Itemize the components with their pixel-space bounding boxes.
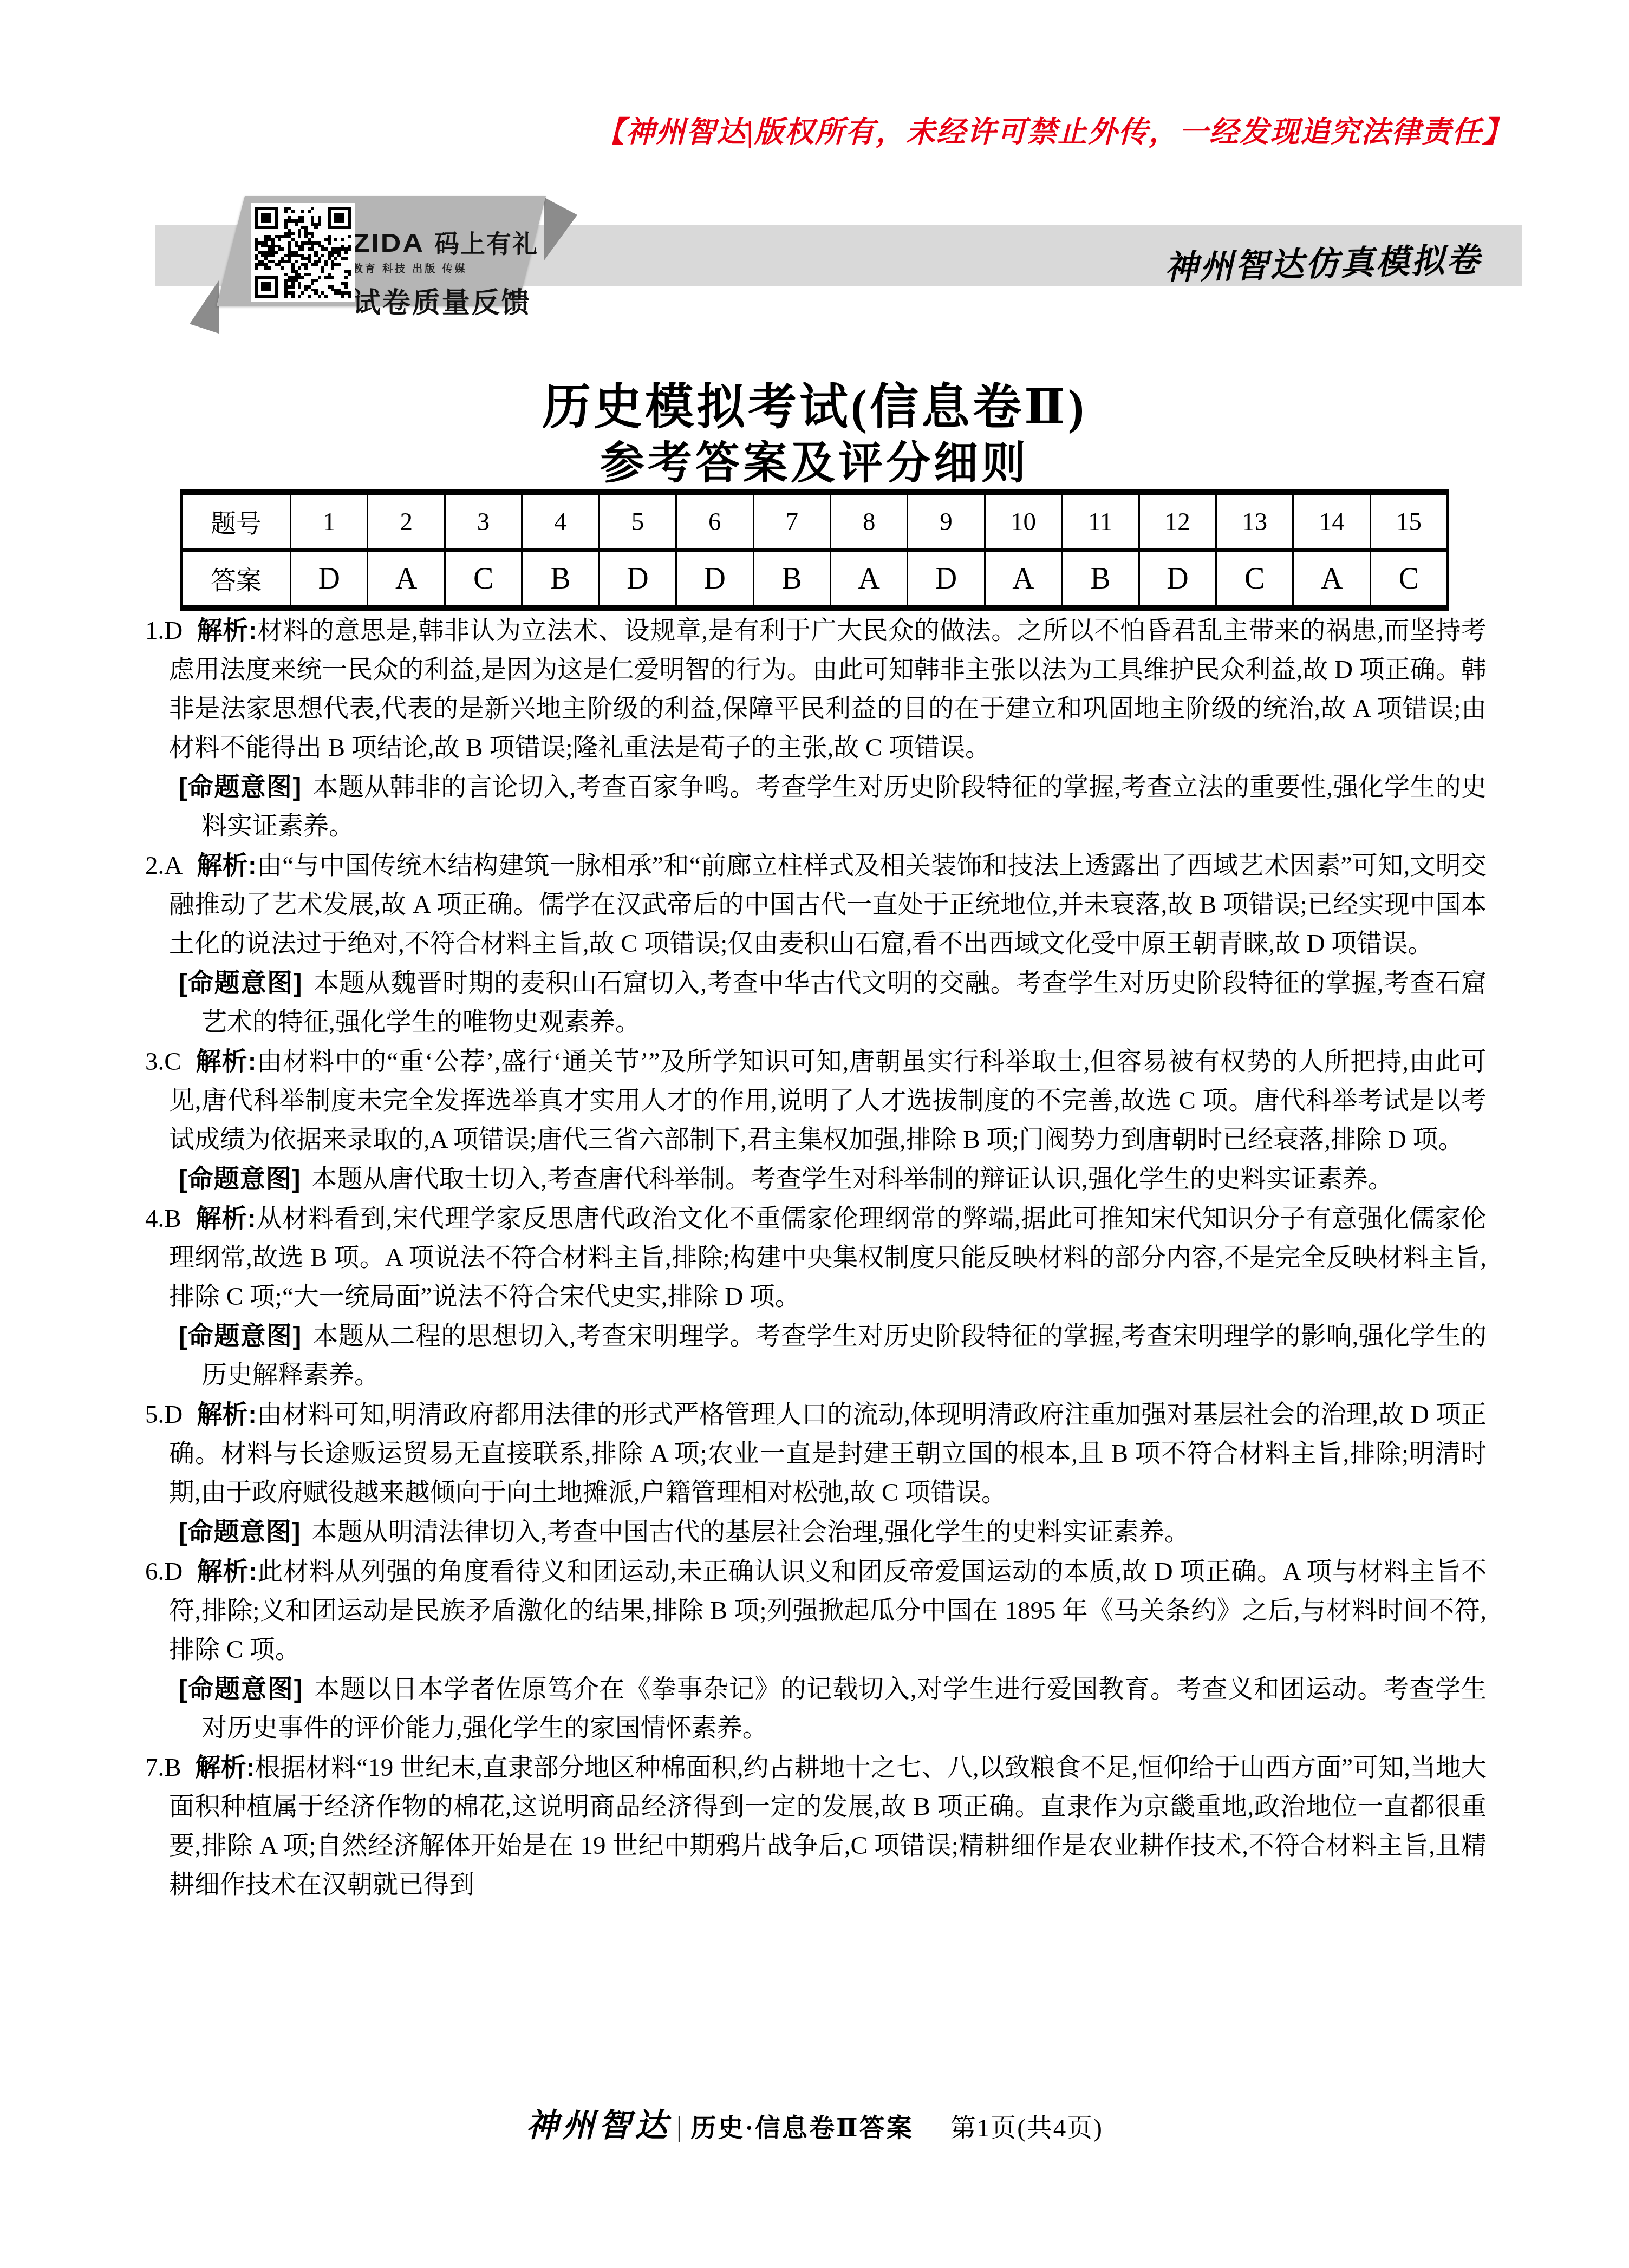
question-number-and-answer: 2.A: [145, 852, 183, 880]
question-number-cell: 9: [908, 492, 985, 551]
question-block: 7.B解析:根据材料“19 世纪末,直隶部分地区种棉面积,约占耕地十之七、八,以…: [145, 1748, 1487, 1904]
intent-label: [命题意图]: [179, 1517, 301, 1546]
question-block: 5.D解析:由材料可知,明清政府都用法律的形式严格管理人口的流动,体现明清政府注…: [145, 1395, 1487, 1552]
answer-table: 题号123456789101112131415答案DACBDDBADABDCAC: [180, 489, 1449, 611]
question-number-cell: 3: [445, 492, 522, 551]
question-intent: [命题意图]本题以日本学者佐原笃介在《拳事杂记》的记载切入,对学生进行爱国教育。…: [145, 1669, 1487, 1748]
question-analysis: 6.D解析:此材料从列强的角度看待义和团运动,未正确认识义和团反帝爱国运动的本质…: [145, 1552, 1487, 1669]
question-analysis: 1.D解析:材料的意思是,韩非认为立法术、设规章,是有利于广大民众的做法。之所以…: [145, 611, 1487, 767]
question-number-cell: 5: [599, 492, 676, 551]
question-analysis: 4.B解析:从材料看到,宋代理学家反思唐代政治文化不重儒家伦理纲常的弊端,据此可…: [145, 1199, 1487, 1316]
qr-promo-text: 码上有礼: [434, 224, 538, 260]
question-number-cell: 11: [1062, 492, 1139, 551]
question-intent: [命题意图]本题从魏晋时期的麦积山石窟切入,考查中华古代文明的交融。考查学生对历…: [145, 963, 1487, 1042]
answer-letter-cell: B: [753, 550, 830, 609]
analysis-label: 解析:: [196, 1047, 257, 1075]
zida-tagline: 教育 科技 出版 传媒: [353, 261, 538, 276]
question-number-and-answer: 6.D: [145, 1558, 183, 1586]
analysis-text: 此材料从列强的角度看待义和团运动,未正确认识义和团反帝爱国运动的本质,故 D 项…: [169, 1558, 1487, 1664]
question-number-and-answer: 4.B: [145, 1205, 181, 1233]
intent-label: [命题意图]: [179, 1164, 301, 1193]
question-block: 6.D解析:此材料从列强的角度看待义和团运动,未正确认识义和团反帝爱国运动的本质…: [145, 1552, 1487, 1748]
banner-brand-script: 神州智达仿真模拟卷: [1164, 233, 1457, 289]
analysis-label: 解析:: [196, 1204, 256, 1232]
question-number-cell: 8: [830, 492, 907, 551]
intent-label: [命题意图]: [179, 968, 302, 997]
intent-text: 本题从明清法律切入,考查中国古代的基层社会治理,强化学生的史料实证素养。: [311, 1518, 1190, 1546]
analysis-text: 材料的意思是,韩非认为立法术、设规章,是有利于广大民众的做法。之所以不怕昏君乱主…: [169, 617, 1487, 762]
zida-logo: ZIDA: [353, 228, 425, 258]
analysis-label: 解析:: [197, 616, 257, 644]
question-number-cell: 10: [985, 492, 1061, 551]
answer-letter-cell: D: [676, 550, 753, 609]
question-intent: [命题意图]本题从明清法律切入,考查中国古代的基层社会治理,强化学生的史料实证素…: [145, 1512, 1487, 1552]
row-header-numbers: 题号: [181, 492, 291, 551]
answer-letter-cell: C: [445, 550, 522, 609]
intent-label: [命题意图]: [179, 772, 302, 801]
question-number-and-answer: 3.C: [145, 1048, 181, 1076]
question-analysis: 5.D解析:由材料可知,明清政府都用法律的形式严格管理人口的流动,体现明清政府注…: [145, 1395, 1487, 1512]
question-block: 3.C解析:由材料中的“重‘公荐’,盛行‘通关节’”及所学知识可知,唐朝虽实行科…: [145, 1042, 1487, 1199]
qr-feedback-text: 试卷质量反馈: [353, 280, 538, 321]
answer-letter-cell: A: [985, 550, 1061, 609]
answer-letter-cell: D: [908, 550, 985, 609]
answer-letter-cell: D: [599, 550, 676, 609]
answer-letter-cell: D: [291, 550, 368, 609]
question-number-cell: 6: [676, 492, 753, 551]
analysis-label: 解析:: [197, 851, 256, 879]
explanations-section: 1.D解析:材料的意思是,韩非认为立法术、设规章,是有利于广大民众的做法。之所以…: [145, 611, 1487, 1904]
answer-letter-cell: C: [1370, 550, 1448, 609]
answer-sheet-page: 【神州智达|版权所有，未经许可禁止外传，一经发现追究法律责任】 ZIDA 码上有…: [0, 0, 1629, 2268]
footer-doc-title: 历史·信息卷Ⅱ答案: [690, 2114, 913, 2142]
answer-letter-cell: D: [1139, 550, 1216, 609]
question-number-cell: 13: [1216, 492, 1293, 551]
question-number-cell: 7: [753, 492, 830, 551]
question-block: 2.A解析:由“与中国传统木结构建筑一脉相承”和“前廊立柱样式及相关装饰和技法上…: [145, 846, 1487, 1042]
answer-letter-cell: A: [368, 550, 445, 609]
question-number-cell: 1: [291, 492, 368, 551]
intent-text: 本题从二程的思想切入,考查宋明理学。考查学生对历史阶段特征的掌握,考查宋明理学的…: [201, 1322, 1487, 1389]
question-analysis: 3.C解析:由材料中的“重‘公荐’,盛行‘通关节’”及所学知识可知,唐朝虽实行科…: [145, 1042, 1487, 1159]
question-analysis: 7.B解析:根据材料“19 世纪末,直隶部分地区种棉面积,约占耕地十之七、八,以…: [145, 1748, 1487, 1904]
question-block: 1.D解析:材料的意思是,韩非认为立法术、设规章,是有利于广大民众的做法。之所以…: [145, 611, 1487, 846]
qr-card-text: ZIDA 码上有礼 教育 科技 出版 传媒 试卷质量反馈: [353, 224, 538, 321]
row-header-answers: 答案: [181, 550, 291, 609]
intent-label: [命题意图]: [179, 1674, 303, 1703]
question-intent: [命题意图]本题从韩非的言论切入,考查百家争鸣。考查学生对历史阶段特征的掌握,考…: [145, 767, 1487, 846]
copyright-notice: 【神州智达|版权所有，未经许可禁止外传，一经发现追究法律责任】: [595, 116, 1513, 148]
qr-code-icon: [251, 203, 355, 302]
question-number-and-answer: 1.D: [145, 617, 183, 645]
question-number-cell: 2: [368, 492, 445, 551]
analysis-text: 根据材料“19 世纪末,直隶部分地区种棉面积,约占耕地十之七、八,以致粮食不足,…: [169, 1754, 1487, 1899]
question-number-and-answer: 5.D: [145, 1401, 183, 1429]
question-number-cell: 14: [1293, 492, 1370, 551]
answer-letter-cell: B: [1062, 550, 1139, 609]
page-footer: 神州智达|历史·信息卷Ⅱ答案第1页(共4页): [0, 2100, 1629, 2146]
question-number-cell: 12: [1139, 492, 1216, 551]
intent-label: [命题意图]: [179, 1321, 302, 1350]
exam-subtitle: 参考答案及评分细则: [0, 428, 1629, 491]
question-number-and-answer: 7.B: [145, 1754, 181, 1782]
question-number-row: 题号123456789101112131415: [181, 492, 1448, 551]
analysis-text: 从材料看到,宋代理学家反思唐代政治文化不重儒家伦理纲常的弊端,据此可推知宋代知识…: [169, 1205, 1487, 1311]
answer-letter-cell: A: [830, 550, 907, 609]
answer-letter-cell: B: [522, 550, 599, 609]
question-analysis: 2.A解析:由“与中国传统木结构建筑一脉相承”和“前廊立柱样式及相关装饰和技法上…: [145, 846, 1487, 963]
answer-letter-cell: A: [1293, 550, 1370, 609]
exam-title: 历史模拟考试(信息卷Ⅱ): [0, 367, 1629, 437]
analysis-text: 由“与中国传统木结构建筑一脉相承”和“前廊立柱样式及相关装饰和技法上透露出了西域…: [169, 852, 1487, 958]
analysis-label: 解析:: [197, 1400, 257, 1428]
question-number-cell: 4: [522, 492, 599, 551]
card-fold-bottom-left: [190, 280, 219, 334]
answer-letter-row: 答案DACBDDBADABDCAC: [181, 550, 1448, 609]
question-block: 4.B解析:从材料看到,宋代理学家反思唐代政治文化不重儒家伦理纲常的弊端,据此可…: [145, 1199, 1487, 1395]
intent-text: 本题从韩非的言论切入,考查百家争鸣。考查学生对历史阶段特征的掌握,考查立法的重要…: [201, 773, 1487, 840]
intent-text: 本题从唐代取士切入,考查唐代科举制。考查学生对科举制的辩证认识,强化学生的史料实…: [311, 1165, 1393, 1193]
intent-text: 本题以日本学者佐原笃介在《拳事杂记》的记载切入,对学生进行爱国教育。考查义和团运…: [201, 1675, 1487, 1742]
question-number-cell: 15: [1370, 492, 1448, 551]
analysis-label: 解析:: [197, 1557, 257, 1585]
analysis-label: 解析:: [196, 1753, 255, 1781]
intent-text: 本题从魏晋时期的麦积山石窟切入,考查中华古代文明的交融。考查学生对历史阶段特征的…: [201, 969, 1487, 1036]
analysis-text: 由材料可知,明清政府都用法律的形式严格管理人口的流动,体现明清政府注重加强对基层…: [169, 1401, 1487, 1507]
question-intent: [命题意图]本题从唐代取士切入,考查唐代科举制。考查学生对科举制的辩证认识,强化…: [145, 1159, 1487, 1199]
footer-brand-script: 神州智达: [526, 2108, 671, 2143]
footer-separator: |: [676, 2112, 682, 2143]
analysis-text: 由材料中的“重‘公荐’,盛行‘通关节’”及所学知识可知,唐朝虽实行科举取士,但容…: [169, 1048, 1487, 1154]
question-intent: [命题意图]本题从二程的思想切入,考查宋明理学。考查学生对历史阶段特征的掌握,考…: [145, 1316, 1487, 1395]
footer-page-number: 第1页(共4页): [950, 2114, 1103, 2142]
answer-letter-cell: C: [1216, 550, 1293, 609]
